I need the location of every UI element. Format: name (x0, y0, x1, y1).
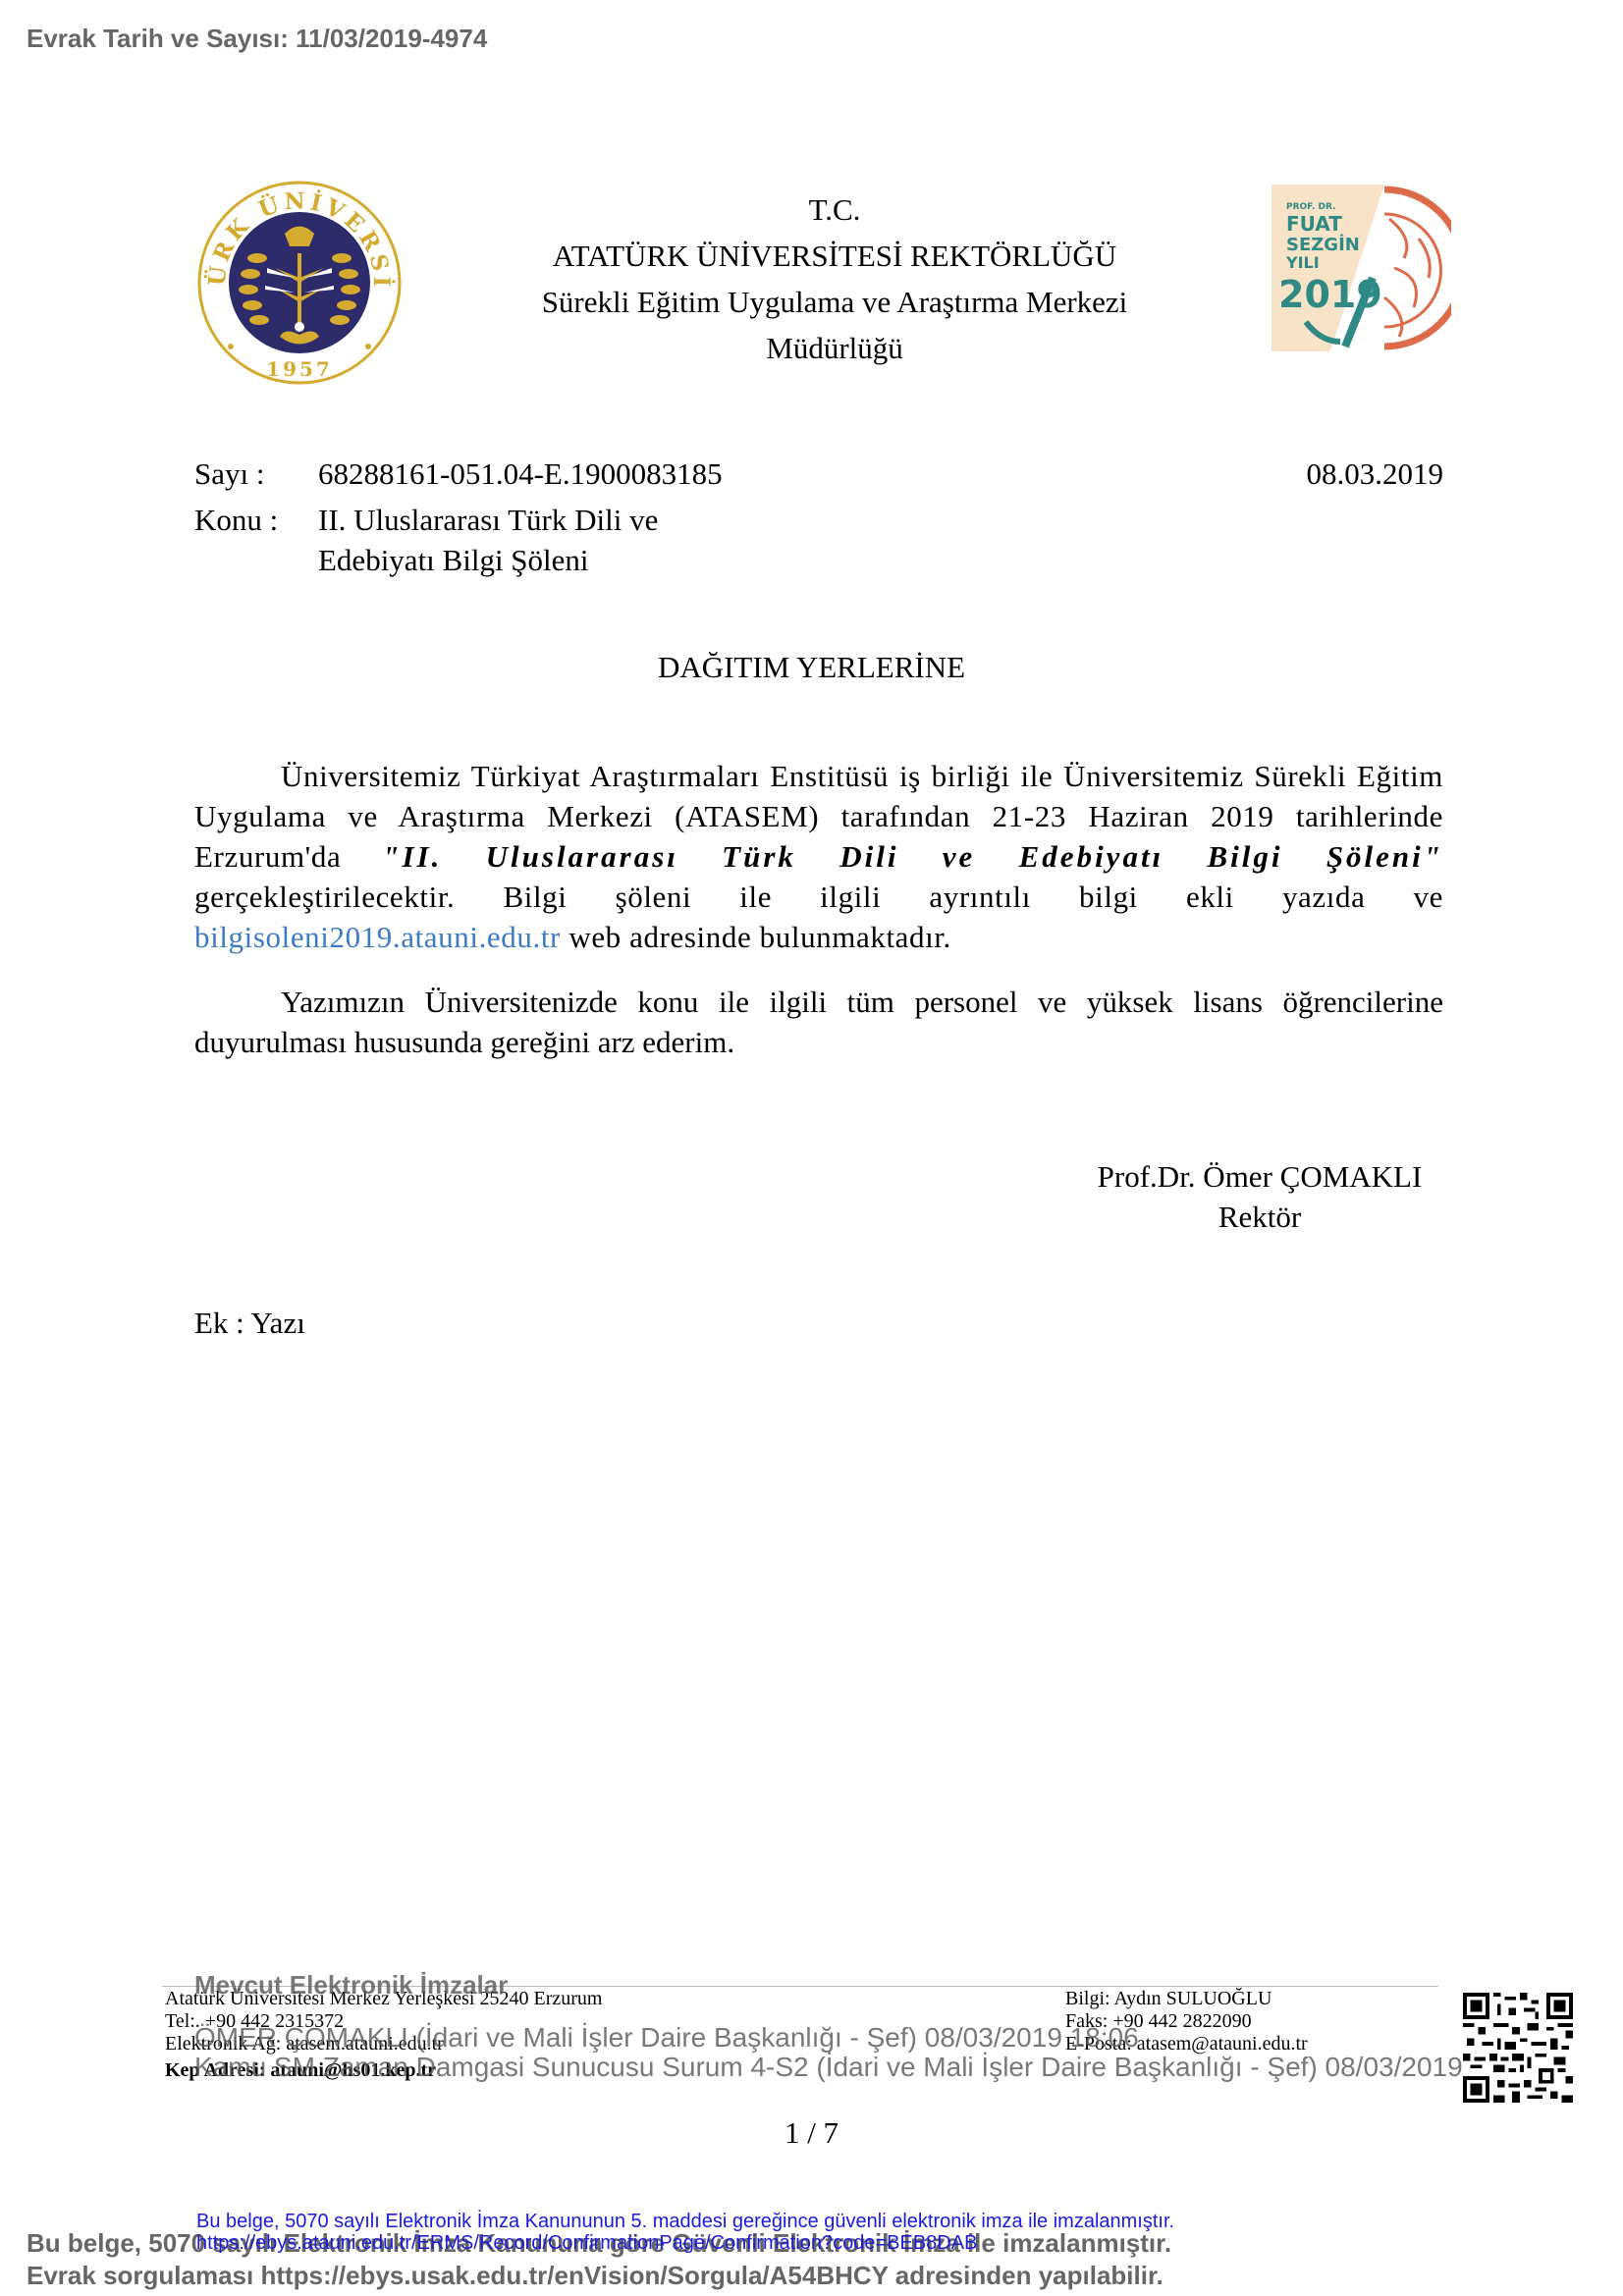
svg-text:FUAT: FUAT (1286, 212, 1342, 236)
header-directorate: Müdürlüğü (452, 325, 1217, 371)
university-seal-icon: ATATÜRK ÜNİVERSİTESİ 1957 (196, 180, 403, 386)
fuat-sezgin-logo-icon: PROF. DR. FUAT SEZGİN YILI 2019 (1267, 180, 1451, 351)
signer-block: Prof.Dr. Ömer ÇOMAKLI Rektör (1078, 1156, 1441, 1237)
signature-entry: Kamu SM Zaman Damgasi Sunucusu Surum 4-S… (194, 2052, 1540, 2083)
page-indicator: 1 / 7 (0, 2115, 1623, 2151)
sayi-value: 68288161-051.04-E.1900083185 (318, 456, 723, 491)
qr-code-icon (1463, 1993, 1573, 2103)
signatures-title: Mevcut Elektronik İmzalar (194, 1970, 508, 2001)
event-website-link[interactable]: bilgisoleni2019.atauni.edu.tr (194, 920, 561, 954)
footer-bilgi: Bilgi: Aydın SULUOĞLU (1065, 1988, 1308, 2010)
sayi-row: Sayı :68288161-051.04-E.1900083185 (194, 456, 723, 492)
document-stamp: Evrak Tarih ve Sayısı: 11/03/2019-4974 (27, 24, 487, 54)
konu-label: Konu : (194, 503, 318, 538)
signature-entry: ÖMER ÇOMAKLI (İdari ve Mali İşler Daire … (194, 2022, 1139, 2054)
verification-notice: Evrak sorgulaması https://ebys.usak.edu.… (27, 2261, 1163, 2291)
sayi-label: Sayı : (194, 456, 318, 492)
konu-row: Konu :II. Uluslararası Türk Dili ve (194, 503, 658, 538)
header-center: Sürekli Eğitim Uygulama ve Araştırma Mer… (452, 279, 1217, 325)
svg-text:YILI: YILI (1285, 253, 1320, 272)
body-paragraph-1: Üniversitemiz Türkiyat Araştırmaları Ens… (194, 756, 1443, 957)
qr-code (1463, 1993, 1573, 2103)
svg-text:SEZGİN: SEZGİN (1286, 234, 1360, 255)
event-title: "II. Uluslararası Türk Dili ve Edebiyatı… (382, 839, 1443, 874)
signer-title: Rektör (1078, 1197, 1441, 1237)
konu-value-line1: II. Uluslararası Türk Dili ve (318, 503, 658, 537)
svg-text:1957: 1957 (266, 357, 333, 381)
recipient-heading: DAĞITIM YERLERİNE (0, 650, 1623, 685)
header-tc: T.C. (452, 187, 1217, 233)
attachment-note: Ek : Yazı (194, 1306, 305, 1341)
letterhead: T.C. ATATÜRK ÜNİVERSİTESİ REKTÖRLÜĞÜ Sür… (452, 187, 1217, 371)
esignature-notice-blue: Bu belge, 5070 sayılı Elektronik İmza Ka… (196, 2211, 1174, 2233)
signer-name: Prof.Dr. Ömer ÇOMAKLI (1078, 1156, 1441, 1197)
konu-value-line2: Edebiyatı Bilgi Şöleni (318, 543, 589, 578)
header-university: ATATÜRK ÜNİVERSİTESİ REKTÖRLÜĞÜ (452, 233, 1217, 279)
fuat-sezgin-year-logo: PROF. DR. FUAT SEZGİN YILI 2019 (1267, 180, 1451, 351)
university-logo: ATATÜRK ÜNİVERSİTESİ 1957 (196, 180, 403, 386)
confirmation-link[interactable]: https://ebys.atauni.edu.tr/ERMS/Record/C… (196, 2232, 977, 2255)
svg-text:PROF. DR.: PROF. DR. (1286, 202, 1336, 212)
body-paragraph-2: Yazımızın Üniversitenizde konu ile ilgil… (194, 982, 1443, 1062)
document-date: 08.03.2019 (1307, 456, 1444, 492)
